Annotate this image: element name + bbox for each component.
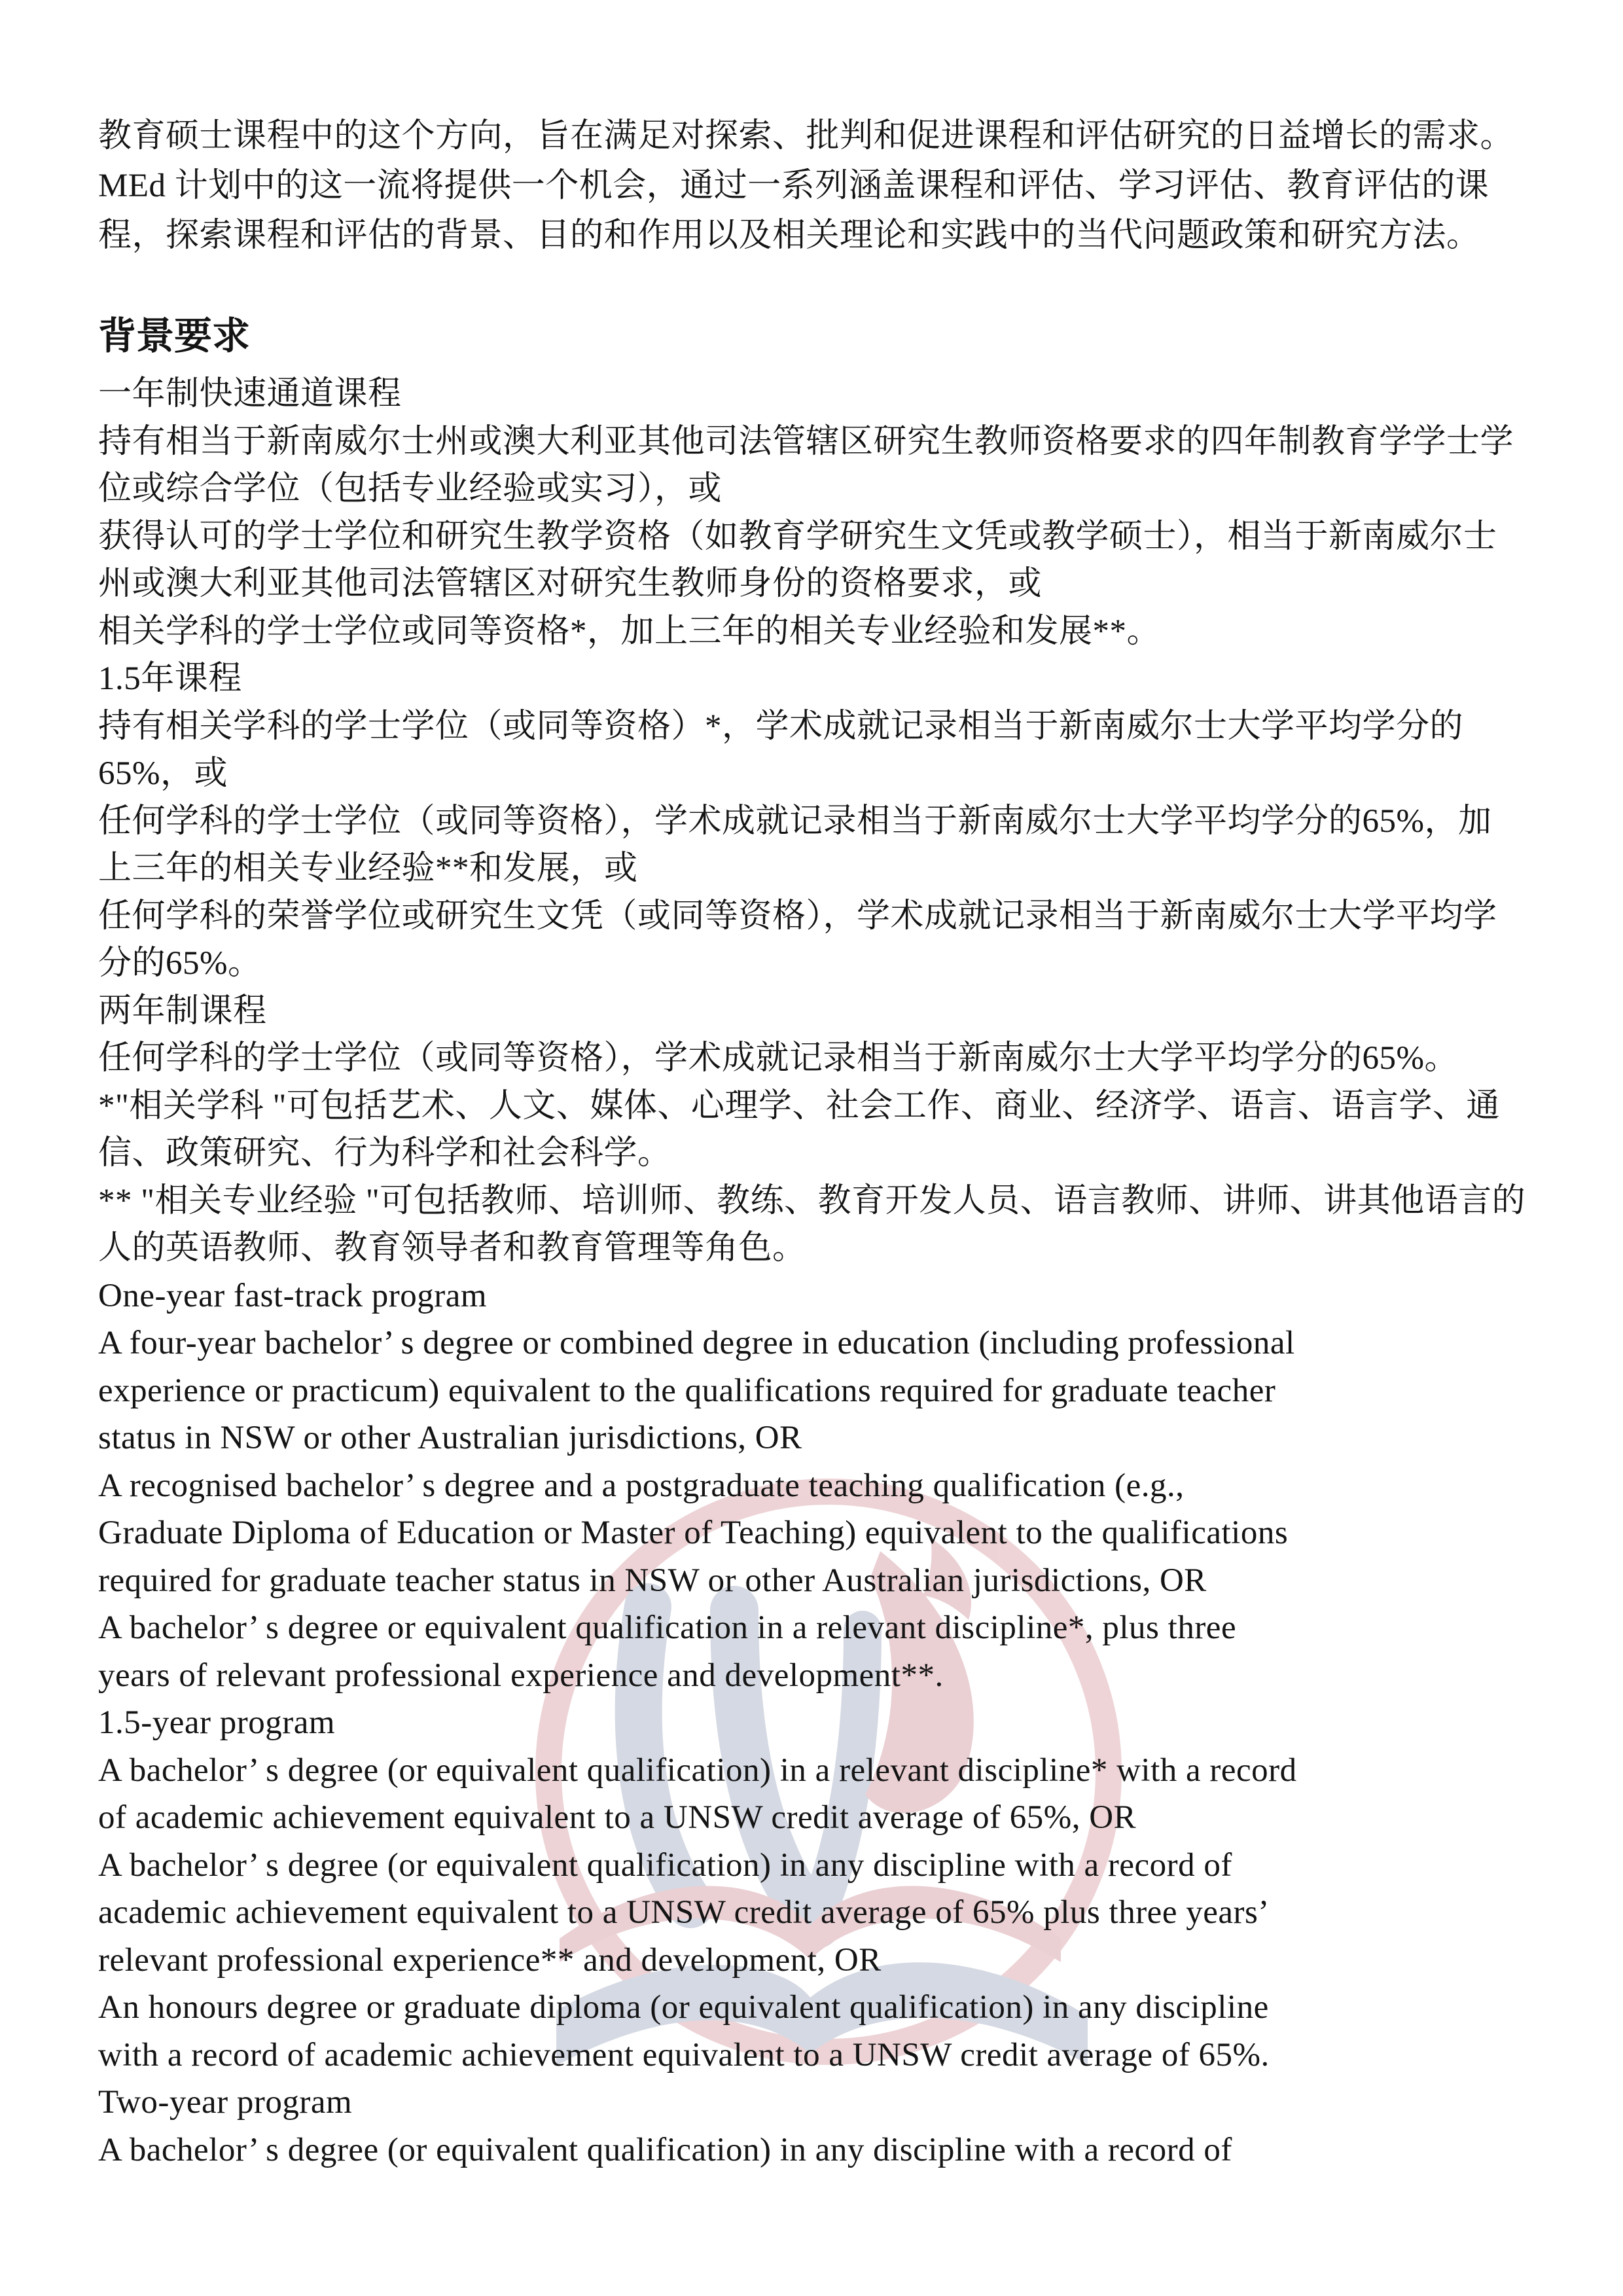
text-line: 1.5-year program [98,1699,1531,1747]
text-line: 信、政策研究、行为科学和社会科学。 [98,1130,1531,1177]
text-line: A bachelor’ s degree or equivalent quali… [98,1604,1531,1652]
intro-paragraph: 教育硕士课程中的这个方向，旨在满足对探索、批判和促进课程和评估研究的日益增长的需… [98,111,1531,260]
text-line: of academic achievement equivalent to a … [98,1794,1531,1842]
text-line: A four-year bachelor’ s degree or combin… [98,1319,1531,1367]
text-line: 人的英语教师、教育领导者和教育管理等角色。 [98,1225,1531,1272]
text-line: 两年制课程 [98,988,1531,1035]
text-line: experience or practicum) equivalent to t… [98,1367,1531,1415]
text-line: status in NSW or other Australian jurisd… [98,1414,1531,1462]
text-line: 分的65%。 [98,940,1531,988]
text-line: 任何学科的学士学位（或同等资格），学术成就记录相当于新南威尔士大学平均学分的65… [98,798,1531,846]
text-line: 获得认可的学士学位和研究生教学资格（如教育学研究生文凭或教学硕士），相当于新南威… [98,513,1531,561]
text-line: academic achievement equivalent to a UNS… [98,1889,1531,1937]
text-line: A recognised bachelor’ s degree and a po… [98,1462,1531,1510]
text-line: Graduate Diploma of Education or Master … [98,1509,1531,1557]
document-page: 教育硕士课程中的这个方向，旨在满足对探索、批判和促进课程和评估研究的日益增长的需… [0,0,1623,2296]
text-line: 位或综合学位（包括专业经验或实习），或 [98,465,1531,513]
text-line: One-year fast-track program [98,1272,1531,1320]
requirements-text: 一年制快速通道课程持有相当于新南威尔士州或澳大利亚其他司法管辖区研究生教师资格要… [98,370,1531,2174]
page-content: 教育硕士课程中的这个方向，旨在满足对探索、批判和促进课程和评估研究的日益增长的需… [98,111,1531,2174]
text-line: *"相关学科 "可包括艺术、人文、媒体、心理学、社会工作、商业、经济学、语言、语… [98,1083,1531,1130]
text-line: 教育硕士课程中的这个方向，旨在满足对探索、批判和促进课程和评估研究的日益增长的需… [98,111,1531,161]
text-line: 持有相关学科的学士学位（或同等资格）*，学术成就记录相当于新南威尔士大学平均学分… [98,703,1531,751]
text-line: An honours degree or graduate diploma (o… [98,1984,1531,2032]
text-line: A bachelor’ s degree (or equivalent qual… [98,2126,1531,2174]
section-heading: 背景要求 [98,313,1531,360]
text-line: 任何学科的学士学位（或同等资格），学术成就记录相当于新南威尔士大学平均学分的65… [98,1035,1531,1083]
text-line: 一年制快速通道课程 [98,370,1531,418]
text-line: 65%，或 [98,750,1531,798]
text-line: Two-year program [98,2079,1531,2126]
text-line: A bachelor’ s degree (or equivalent qual… [98,1747,1531,1795]
text-line: relevant professional experience** and d… [98,1937,1531,1984]
text-line: required for graduate teacher status in … [98,1557,1531,1605]
text-line: A bachelor’ s degree (or equivalent qual… [98,1842,1531,1890]
text-line: 任何学科的荣誉学位或研究生文凭（或同等资格），学术成就记录相当于新南威尔士大学平… [98,893,1531,941]
text-line: years of relevant professional experienc… [98,1652,1531,1700]
text-line: 程，探索课程和评估的背景、目的和作用以及相关理论和实践中的当代问题政策和研究方法… [98,211,1531,260]
text-line: MEd 计划中的这一流将提供一个机会，通过一系列涵盖课程和评估、学习评估、教育评… [98,161,1531,211]
text-line: 相关学科的学士学位或同等资格*，加上三年的相关专业经验和发展**。 [98,608,1531,656]
text-line: with a record of academic achievement eq… [98,2032,1531,2079]
text-line: 上三年的相关专业经验**和发展，或 [98,845,1531,893]
text-line: 1.5年课程 [98,655,1531,703]
text-line: 州或澳大利亚其他司法管辖区对研究生教师身份的资格要求，或 [98,560,1531,608]
text-line: 持有相当于新南威尔士州或澳大利亚其他司法管辖区研究生教师资格要求的四年制教育学学… [98,418,1531,466]
text-line: ** "相关专业经验 "可包括教师、培训师、教练、教育开发人员、语言教师、讲师、… [98,1177,1531,1225]
